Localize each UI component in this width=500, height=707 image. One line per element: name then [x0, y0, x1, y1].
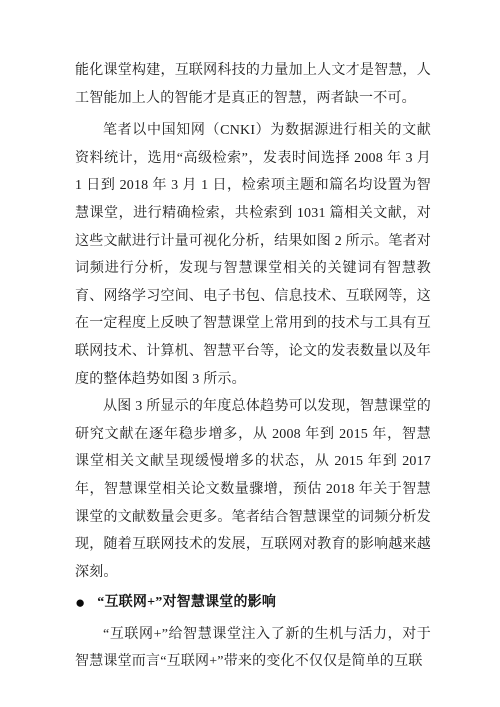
bullet-icon: ●: [75, 589, 85, 617]
paragraph-continued: 能化课堂构建，互联网科技的力量加上人文才是智慧，人工智能加上人的智能才是真正的智…: [75, 57, 431, 112]
section-heading: ● “互联网+”对智慧课堂的影响: [75, 589, 431, 617]
document-page: 能化课堂构建，互联网科技的力量加上人文才是智慧，人工智能加上人的智能才是真正的智…: [0, 0, 500, 707]
section-heading-text: “互联网+”对智慧课堂的影响: [97, 589, 276, 617]
paragraph-literature-statistics: 笔者以中国知网（CNKI）为数据源进行相关的文献资料统计，选用“高级检索”，发表…: [75, 117, 431, 393]
paragraph-internet-plus-influence: “互联网+”给智慧课堂注入了新的生机与活力，对于智慧课堂而言“互联网+”带来的变…: [75, 621, 431, 676]
paragraph-annual-trend: 从图 3 所显示的年度总体趋势可以发现，智慧课堂的研究文献在逐年稳步增多，从 2…: [75, 393, 431, 586]
